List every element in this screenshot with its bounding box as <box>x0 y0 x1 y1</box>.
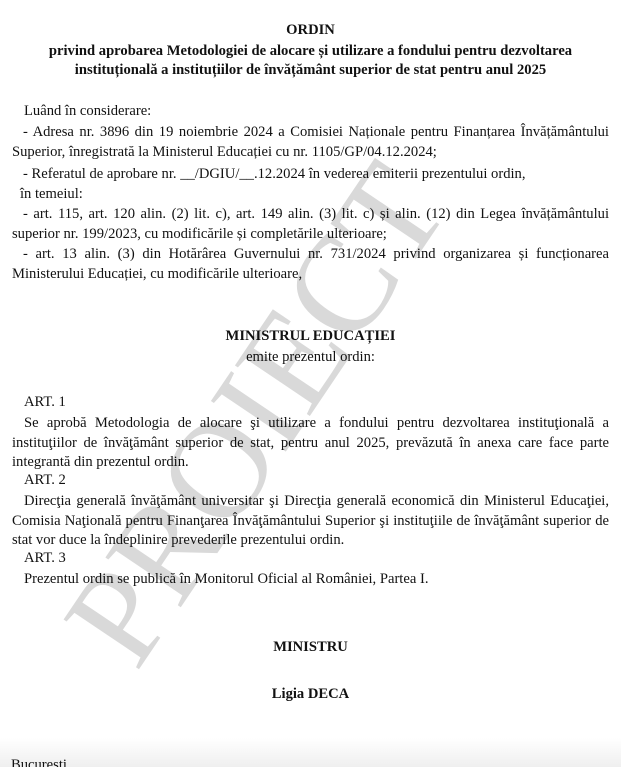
legal-basis-item-2: - art. 13 alin. (3) din Hotărârea Guvern… <box>12 245 609 284</box>
document-subtitle-line1: privind aprobarea Metodologiei de alocar… <box>0 43 621 60</box>
article-1-label: ART. 1 <box>24 394 66 411</box>
article-1-text: Se aprobă Metodologia de alocare şi util… <box>12 414 609 473</box>
signature-name: Ligia DECA <box>0 686 621 703</box>
signature-role: MINISTRU <box>0 639 621 656</box>
considering-heading: Luând în considerare: <box>24 103 151 120</box>
place-label: București <box>11 757 67 767</box>
issuer-name: MINISTRUL EDUCAȚIEI <box>0 328 621 345</box>
article-3-text: Prezentul ordin se publică în Monitorul … <box>24 571 428 588</box>
document-subtitle-line2: instituțională a instituțiilor de învăță… <box>0 62 621 79</box>
page-bottom-shadow <box>0 738 621 767</box>
article-2-label: ART. 2 <box>24 472 66 489</box>
document-title: ORDIN <box>0 22 621 39</box>
article-2-text: Direcţia generală învăţământ universitar… <box>12 492 609 551</box>
considering-item-2: - Referatul de aprobare nr. __/DGIU/__.1… <box>23 166 526 183</box>
legal-basis-heading: în temeiul: <box>20 186 83 203</box>
issuer-action: emite prezentul ordin: <box>0 349 621 366</box>
article-3-label: ART. 3 <box>24 550 66 567</box>
document-page: PROIECT ORDIN privind aprobarea Metodolo… <box>0 0 621 767</box>
legal-basis-item-1: - art. 115, art. 120 alin. (2) lit. c), … <box>12 205 609 244</box>
considering-item-1: - Adresa nr. 3896 din 19 noiembrie 2024 … <box>12 123 609 162</box>
